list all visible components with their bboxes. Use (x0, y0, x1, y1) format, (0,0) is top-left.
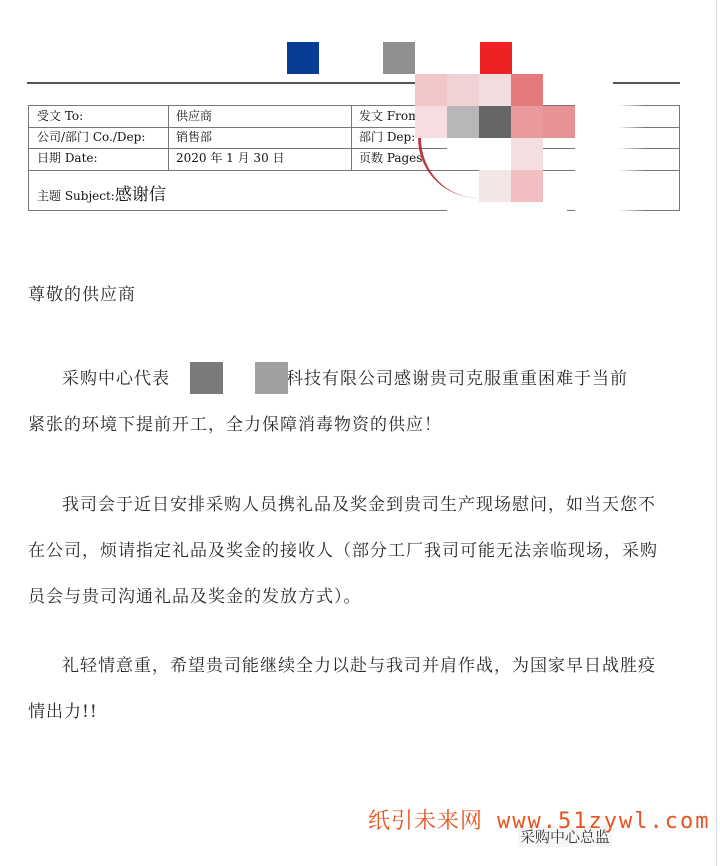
paragraph-3-line-2: 情出力!! (28, 689, 688, 735)
paragraph-2-line-1: 我司会于近日安排采购人员携礼品及奖金到贵司生产现场慰问，如当天您不 (28, 482, 688, 528)
mosaic-whiteout (447, 202, 567, 214)
mosaic-redaction (543, 106, 575, 138)
mosaic-redaction (447, 106, 479, 138)
text-segment: 我司会于近日安排采购人员携礼品及奖金到贵司生产现场慰问，如当天您不 (62, 495, 656, 515)
paragraph-1-line-2: 紧张的环境下提前开工，全力保障消毒物资的供应！ (28, 402, 688, 448)
table-col-divider (168, 106, 169, 170)
brand-square-blue (287, 42, 319, 74)
mosaic-redaction (479, 74, 511, 106)
memo-subject: 主题 Subject:感谢信 (37, 180, 166, 205)
memo-to-label: 受文 To: (37, 106, 83, 127)
memo-dept-value: 销售部 (176, 127, 212, 148)
paragraph-1-line-1: 采购中心代表科技有限公司感谢贵司克服重重困难于当前 (28, 356, 688, 402)
page-edge (716, 0, 717, 866)
memo-from-dept-label: 部门 Dep: (359, 127, 415, 148)
memo-dept-label: 公司/部门 Co./Dep: (37, 127, 145, 148)
text-segment: 礼轻情意重，希望贵司能继续全力以赴与我司并肩作战，为国家早日战胜疫 (62, 656, 656, 676)
mosaic-redaction (479, 106, 511, 138)
memo-pages-label: 页数 Pages (359, 148, 422, 169)
text-segment: 科技有限公司感谢贵司克服重重困难于当前 (286, 369, 628, 389)
redacted-company-name-1 (190, 362, 223, 394)
mosaic-redaction (415, 74, 447, 106)
redacted-company-name-2 (255, 362, 288, 394)
memo-subject-label: 主题 Subject: (37, 189, 115, 203)
brand-square-red (480, 42, 512, 74)
mosaic-redaction (447, 74, 479, 106)
watermark-url: www.51zywl.com (497, 809, 710, 834)
mosaic-redaction (479, 138, 511, 170)
mosaic-redaction (511, 106, 543, 138)
mosaic-redaction (511, 138, 543, 170)
mosaic-whiteout (543, 74, 613, 88)
watermark-site-name: 纸引未来网 (368, 809, 483, 834)
text-segment: 采购中心代表 (62, 369, 170, 389)
mosaic-redaction (511, 74, 543, 106)
brand-square-gray (383, 42, 415, 74)
memo-date-label: 日期 Date: (37, 148, 98, 169)
mosaic-whiteout (575, 100, 645, 215)
site-watermark: 纸引未来网www.51zywl.com (368, 804, 710, 835)
memo-date-value: 2020 年 1 月 30 日 (176, 148, 285, 169)
mosaic-redaction (479, 170, 511, 202)
paragraph-2-line-2: 在公司，烦请指定礼品及奖金的接收人（部分工厂我司可能无法亲临现场，采购 (28, 528, 688, 574)
memo-subject-value: 感谢信 (115, 185, 166, 205)
memo-to-value: 供应商 (176, 106, 212, 127)
paragraph-1: 采购中心代表科技有限公司感谢贵司克服重重困难于当前 紧张的环境下提前开工，全力保… (28, 356, 688, 448)
salutation: 尊敬的供应商 (28, 272, 688, 318)
paragraph-3: 礼轻情意重，希望贵司能继续全力以赴与我司并肩作战，为国家早日战胜疫 情出力!! (28, 643, 688, 735)
table-col-divider (351, 106, 352, 170)
paragraph-2: 我司会于近日安排采购人员携礼品及奖金到贵司生产现场慰问，如当天您不 在公司，烦请… (28, 482, 688, 620)
mosaic-redaction (447, 138, 479, 170)
memo-from-label: 发文 From (359, 106, 419, 127)
paragraph-3-line-1: 礼轻情意重，希望贵司能继续全力以赴与我司并肩作战，为国家早日战胜疫 (28, 643, 688, 689)
mosaic-redaction (511, 170, 543, 202)
paragraph-2-line-3: 员会与贵司沟通礼品及奖金的发放方式）。 (28, 574, 688, 620)
mosaic-redaction (415, 106, 447, 138)
